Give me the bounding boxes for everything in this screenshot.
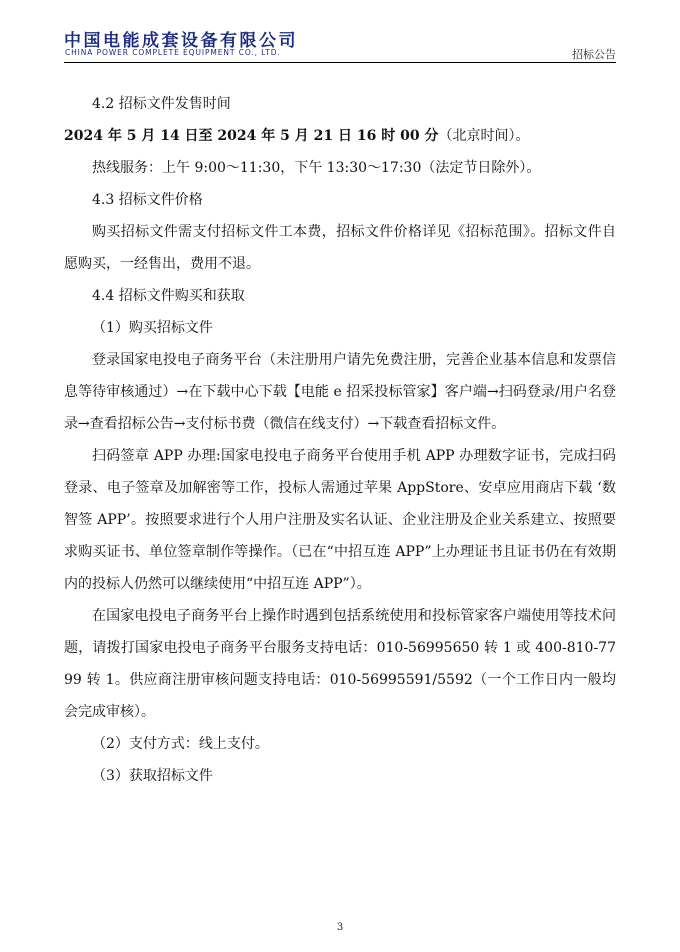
item-1-support-contacts: 在国家电投电子商务平台上操作时遇到包括系统使用和投标管家客户端使用等技术问题，请… xyxy=(64,600,616,728)
company-logo-en: CHINA POWER COMPLETE EQUIPMENT CO., LTD. xyxy=(65,48,281,57)
section-4-3-body: 购买招标文件需支付招标文件工本费，招标文件价格详见《招标范围》。招标文件自愿购买… xyxy=(64,216,616,280)
document-body: 4.2 招标文件发售时间 2024 年 5 月 14 日至 2024 年 5 月… xyxy=(64,88,616,792)
item-1-procedure: 登录国家电投电子商务平台（未注册用户请先免费注册，完善企业基本信息和发票信息等待… xyxy=(64,344,616,440)
sale-period: 2024 年 5 月 14 日至 2024 年 5 月 21 日 16 时 00… xyxy=(64,120,616,152)
sale-period-timezone: （北京时间）。 xyxy=(438,128,529,144)
page-number: 3 xyxy=(0,922,680,933)
section-4-3-title: 4.3 招标文件价格 xyxy=(64,184,616,216)
page-header: 中国电能成套设备有限公司 CHINA POWER COMPLETE EQUIPM… xyxy=(64,24,616,63)
item-2-payment-method: （2）支付方式：线上支付。 xyxy=(64,728,616,760)
item-1-title: （1）购买招标文件 xyxy=(64,312,616,344)
hotline-service: 热线服务：上午 9:00～11:30，下午 13:30～17:30（法定节日除外… xyxy=(64,152,616,184)
sale-period-dates: 2024 年 5 月 14 日至 2024 年 5 月 21 日 16 时 00… xyxy=(64,128,438,144)
item-3-title: （3）获取招标文件 xyxy=(64,760,616,792)
document-type-label: 招标公告 xyxy=(572,46,616,62)
section-4-2-title: 4.2 招标文件发售时间 xyxy=(64,88,616,120)
section-4-4-title: 4.4 招标文件购买和获取 xyxy=(64,280,616,312)
item-1-app-instructions: 扫码签章 APP 办理:国家电投电子商务平台使用手机 APP 办理数字证书，完成… xyxy=(64,440,616,600)
